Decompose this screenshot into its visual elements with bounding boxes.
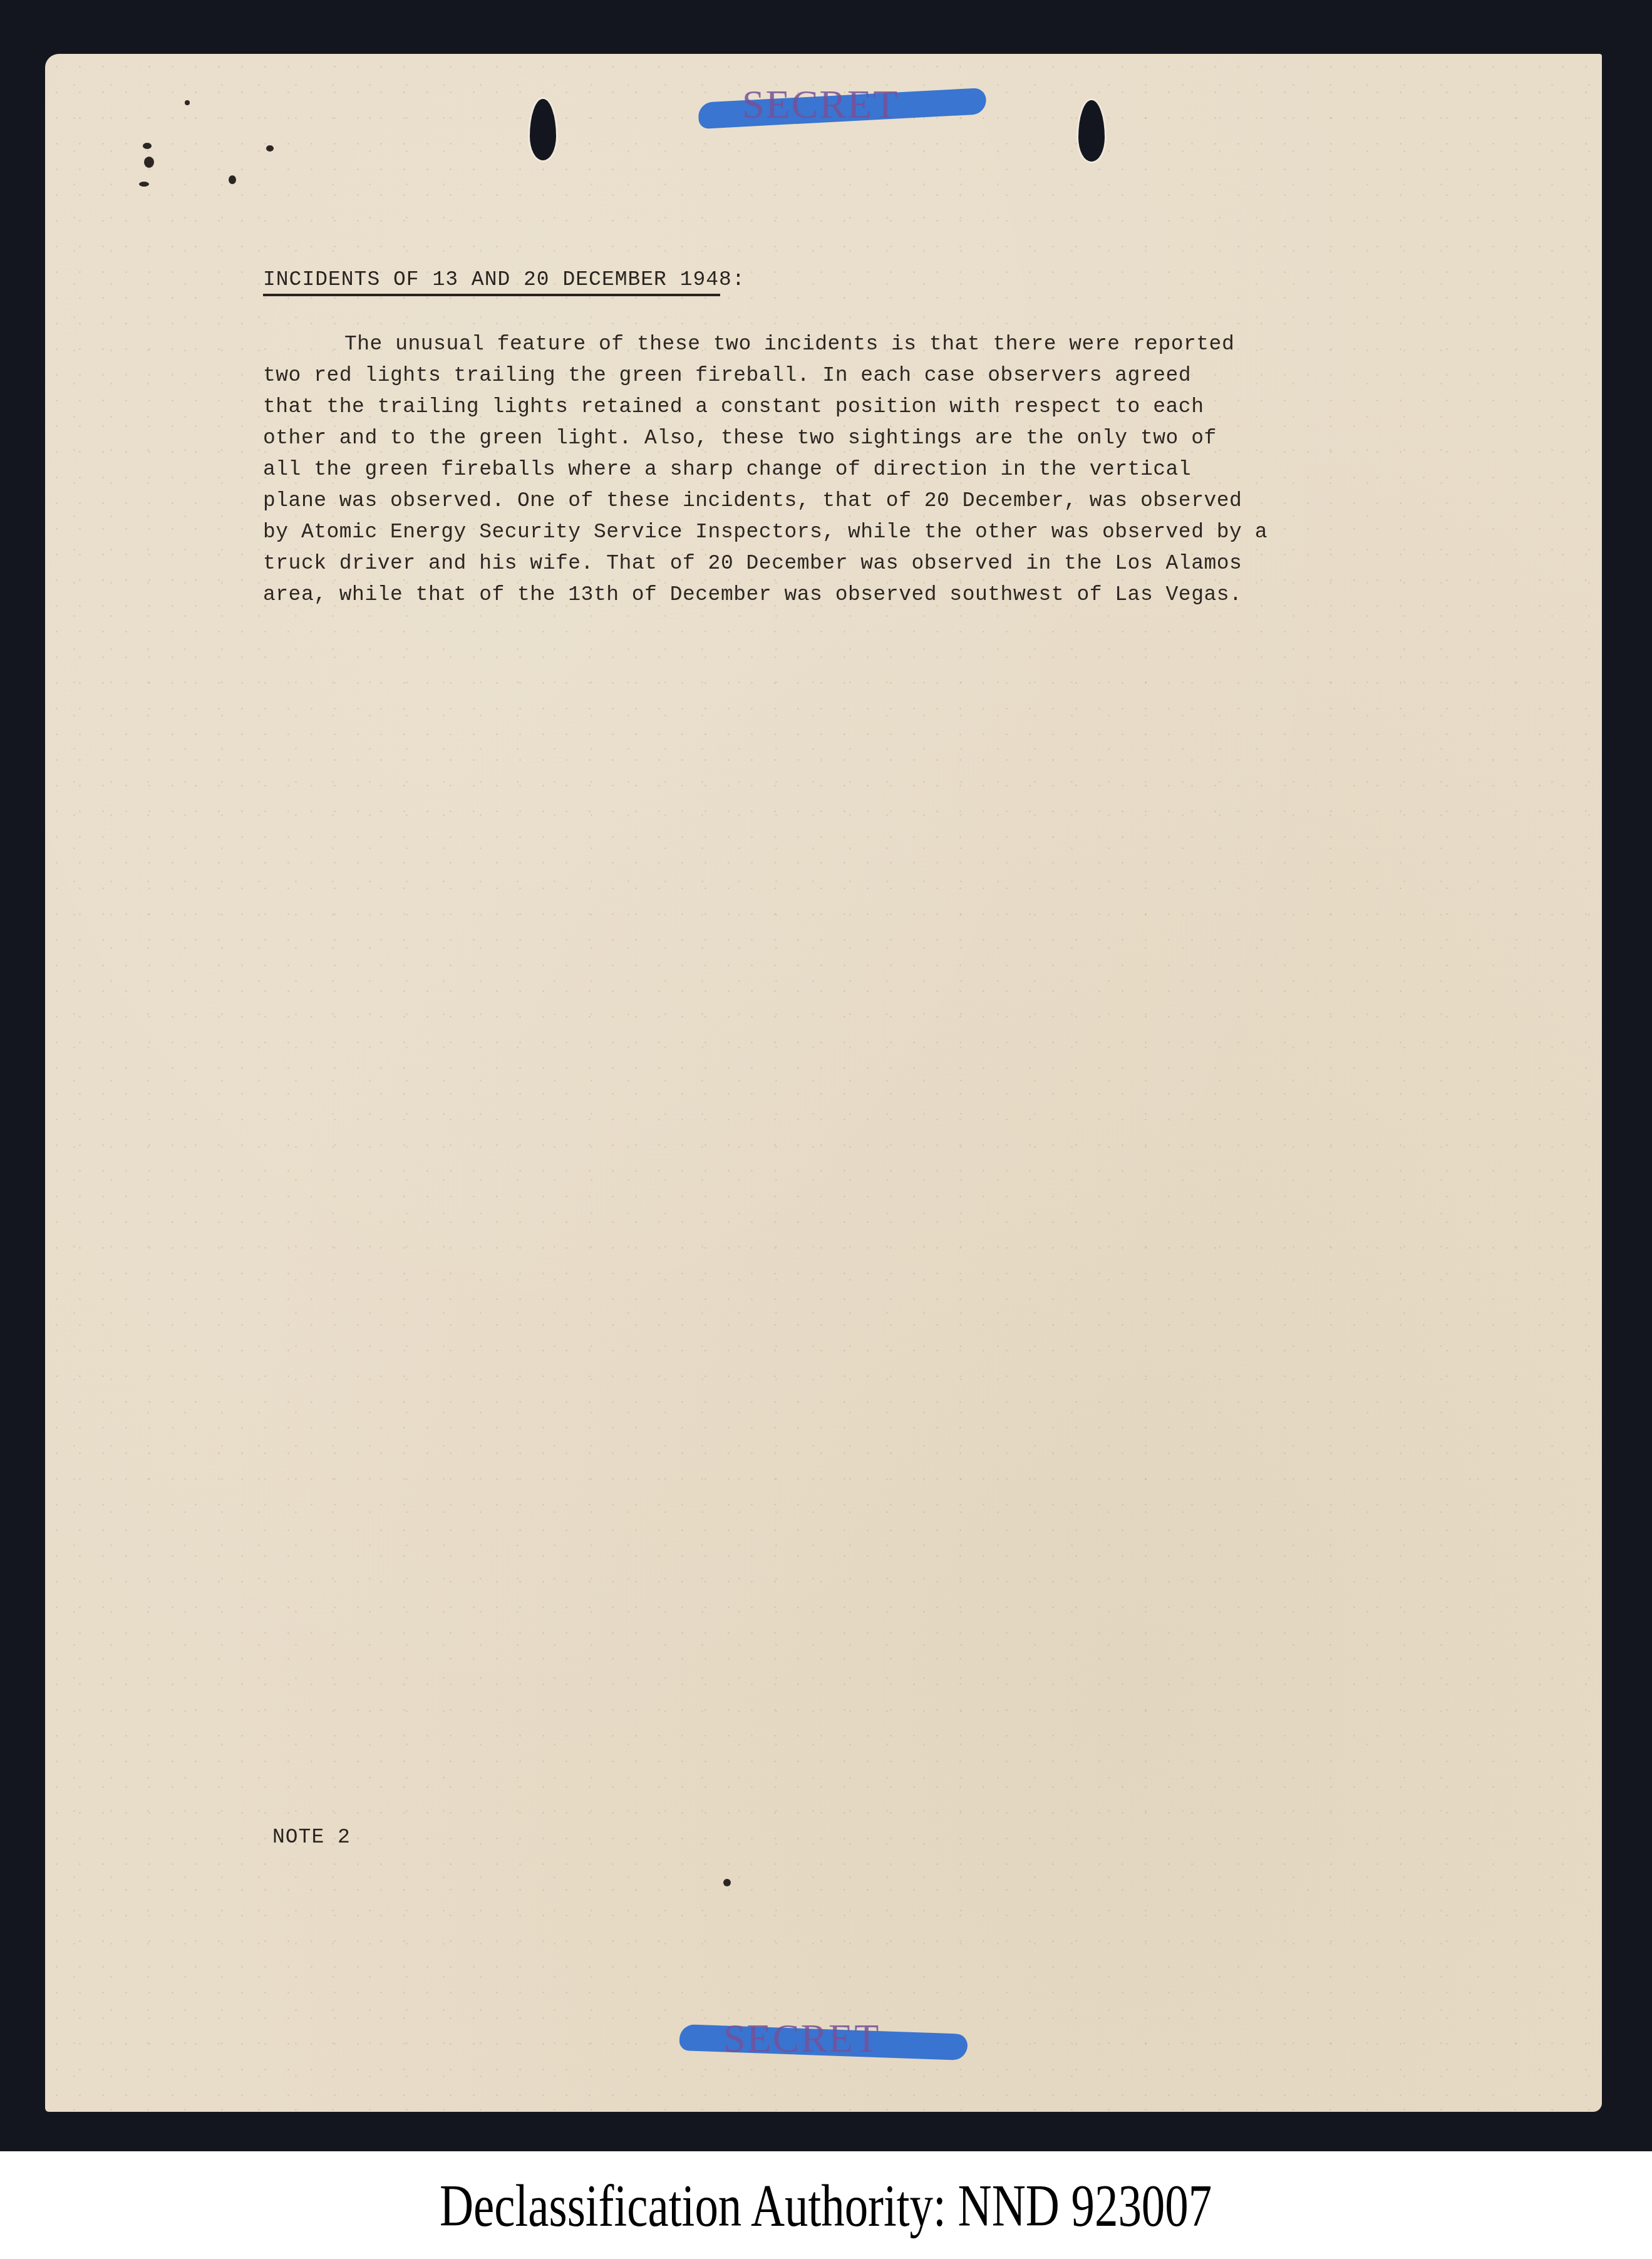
classification-stamp-top: SECRET: [698, 76, 986, 133]
note-label: NOTE 2: [272, 1826, 351, 1849]
body-line: area, while that of the 13th of December…: [263, 579, 1509, 611]
heading-text: INCIDENTS OF 13 AND 20 DECEMBER 1948:: [263, 268, 745, 291]
document-body: The unusual feature of these two inciden…: [263, 329, 1509, 611]
paper-damage-speck: [139, 182, 149, 187]
paper-damage-speck: [266, 145, 274, 152]
classification-label: SECRET: [742, 76, 899, 133]
paper-damage-speck: [723, 1879, 731, 1886]
body-line: plane was observed. One of these inciden…: [263, 485, 1509, 517]
heading-underline: [263, 294, 720, 296]
paper-damage-speck: [144, 157, 154, 168]
paper-damage-speck: [229, 175, 236, 184]
classification-label: SECRET: [723, 2010, 880, 2067]
caption-text: Declassification Authority: NND 923007: [440, 2171, 1212, 2240]
body-line: by Atomic Energy Security Service Inspec…: [263, 517, 1509, 548]
body-line: that the trailing lights retained a cons…: [263, 391, 1509, 423]
paper-damage-speck: [185, 100, 190, 105]
body-line: all the green fireballs where a sharp ch…: [263, 454, 1509, 485]
classification-stamp-bottom: SECRET: [679, 2010, 968, 2067]
body-line: other and to the green light. Also, thes…: [263, 423, 1509, 454]
paper-damage-speck: [143, 143, 152, 149]
body-line: The unusual feature of these two inciden…: [263, 329, 1509, 360]
declassification-caption: Declassification Authority: NND 923007: [0, 2151, 1652, 2259]
body-line: truck driver and his wife. That of 20 De…: [263, 548, 1509, 579]
document-heading: INCIDENTS OF 13 AND 20 DECEMBER 1948:: [263, 268, 745, 291]
body-line: two red lights trailing the green fireba…: [263, 360, 1509, 391]
